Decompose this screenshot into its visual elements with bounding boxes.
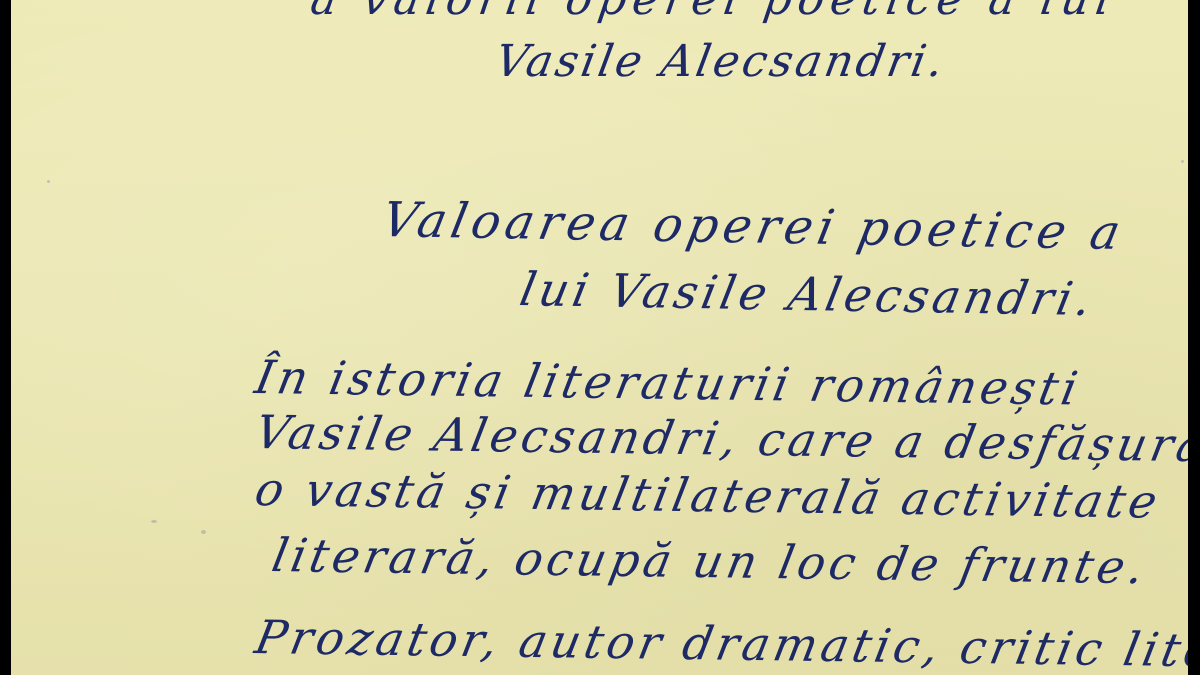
title-line-2: lui Vasile Alecsandri. [516,262,1100,326]
title-line-1: Valoarea operei poetice a [378,192,1130,261]
body-line: Prozator, autor dramatic, critic literar [251,610,1188,675]
body-line: Vasile Alecsandri, care a desfășurat [251,405,1188,473]
paper-speck [151,520,157,523]
body-line: literară, ocupă un loc de frunte. [268,528,1152,594]
body-line: o vastă și multilaterală activitate [251,462,1166,529]
paper-speck [1181,160,1184,163]
header-cut-off-line: a valorii operei poetice a lui [307,0,1119,25]
paper-speck [201,530,206,534]
paper-speck [47,180,50,183]
header-author-name: Vasile Alecsandri. [492,36,951,87]
scanned-page: a valorii operei poetice a lui Vasile Al… [0,0,1200,675]
paper-sheet: a valorii operei poetice a lui Vasile Al… [11,0,1188,675]
